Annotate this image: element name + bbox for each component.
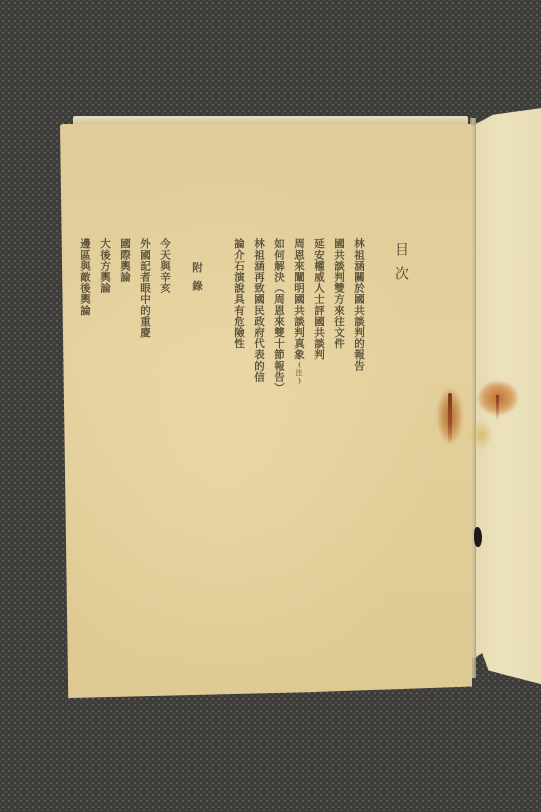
toc-page [60,124,472,698]
appendix-entry-text: 今天與辛亥 [159,238,171,294]
toc-entry-text: 周恩來闡明國共談判真象 [293,238,305,360]
appendix-entry: 國際輿論 [119,238,131,282]
appendix-entry: 大後方輿論 [99,238,111,294]
appendix-entry-text: 邊區與敵後輿論 [79,238,91,316]
appendix-entry: 今天與辛亥 [159,238,171,294]
appendix-heading: 附錄 [191,262,203,299]
toc-entry: 論介石演說具有危險性 [233,238,245,349]
stain [470,420,492,450]
rust-streak [448,393,452,443]
appendix-entry: 外國記者眼中的重慶 [139,238,151,338]
toc-entry-text: 林祖涵再致國民政府代表的信 [253,238,265,382]
table-of-contents: 目次 林祖涵關於國共談判的報告 國共談判雙方來往文件 延安權威人士評國共談判 周… [0,238,409,393]
toc-entry-text: 論介石演說具有危險性 [233,238,245,349]
toc-entry: 國共談判雙方來往文件 [333,238,345,349]
rust-streak [496,395,499,421]
toc-entry-text: 國共談判雙方來往文件 [333,238,345,349]
appendix-entry-text: 國際輿論 [119,238,131,282]
toc-entry: 延安權威人士評國共談判 [313,238,325,360]
toc-entry-note: (注) [295,360,304,385]
appendix-entry-text: 外國記者眼中的重慶 [139,238,151,338]
toc-entry: 林祖涵再致國民政府代表的信 [253,238,265,382]
toc-title: 目次 [393,242,409,290]
toc-entry-text: 延安權威人士評國共談判 [313,238,325,360]
toc-entry-text: 如何解決（周恩來雙十節報告） [273,238,285,393]
toc-entry: 林祖涵關於國共談判的報告 [353,238,365,371]
appendix-entry-text: 大後方輿論 [99,238,111,294]
toc-entry: 周恩來闡明國共談判真象(注) [293,238,305,385]
toc-entry: 如何解決（周恩來雙十節報告） [273,238,285,393]
gutter-damage [474,527,482,547]
toc-entry-text: 林祖涵關於國共談判的報告 [353,238,365,371]
appendix-entry: 邊區與敵後輿論 [79,238,91,316]
